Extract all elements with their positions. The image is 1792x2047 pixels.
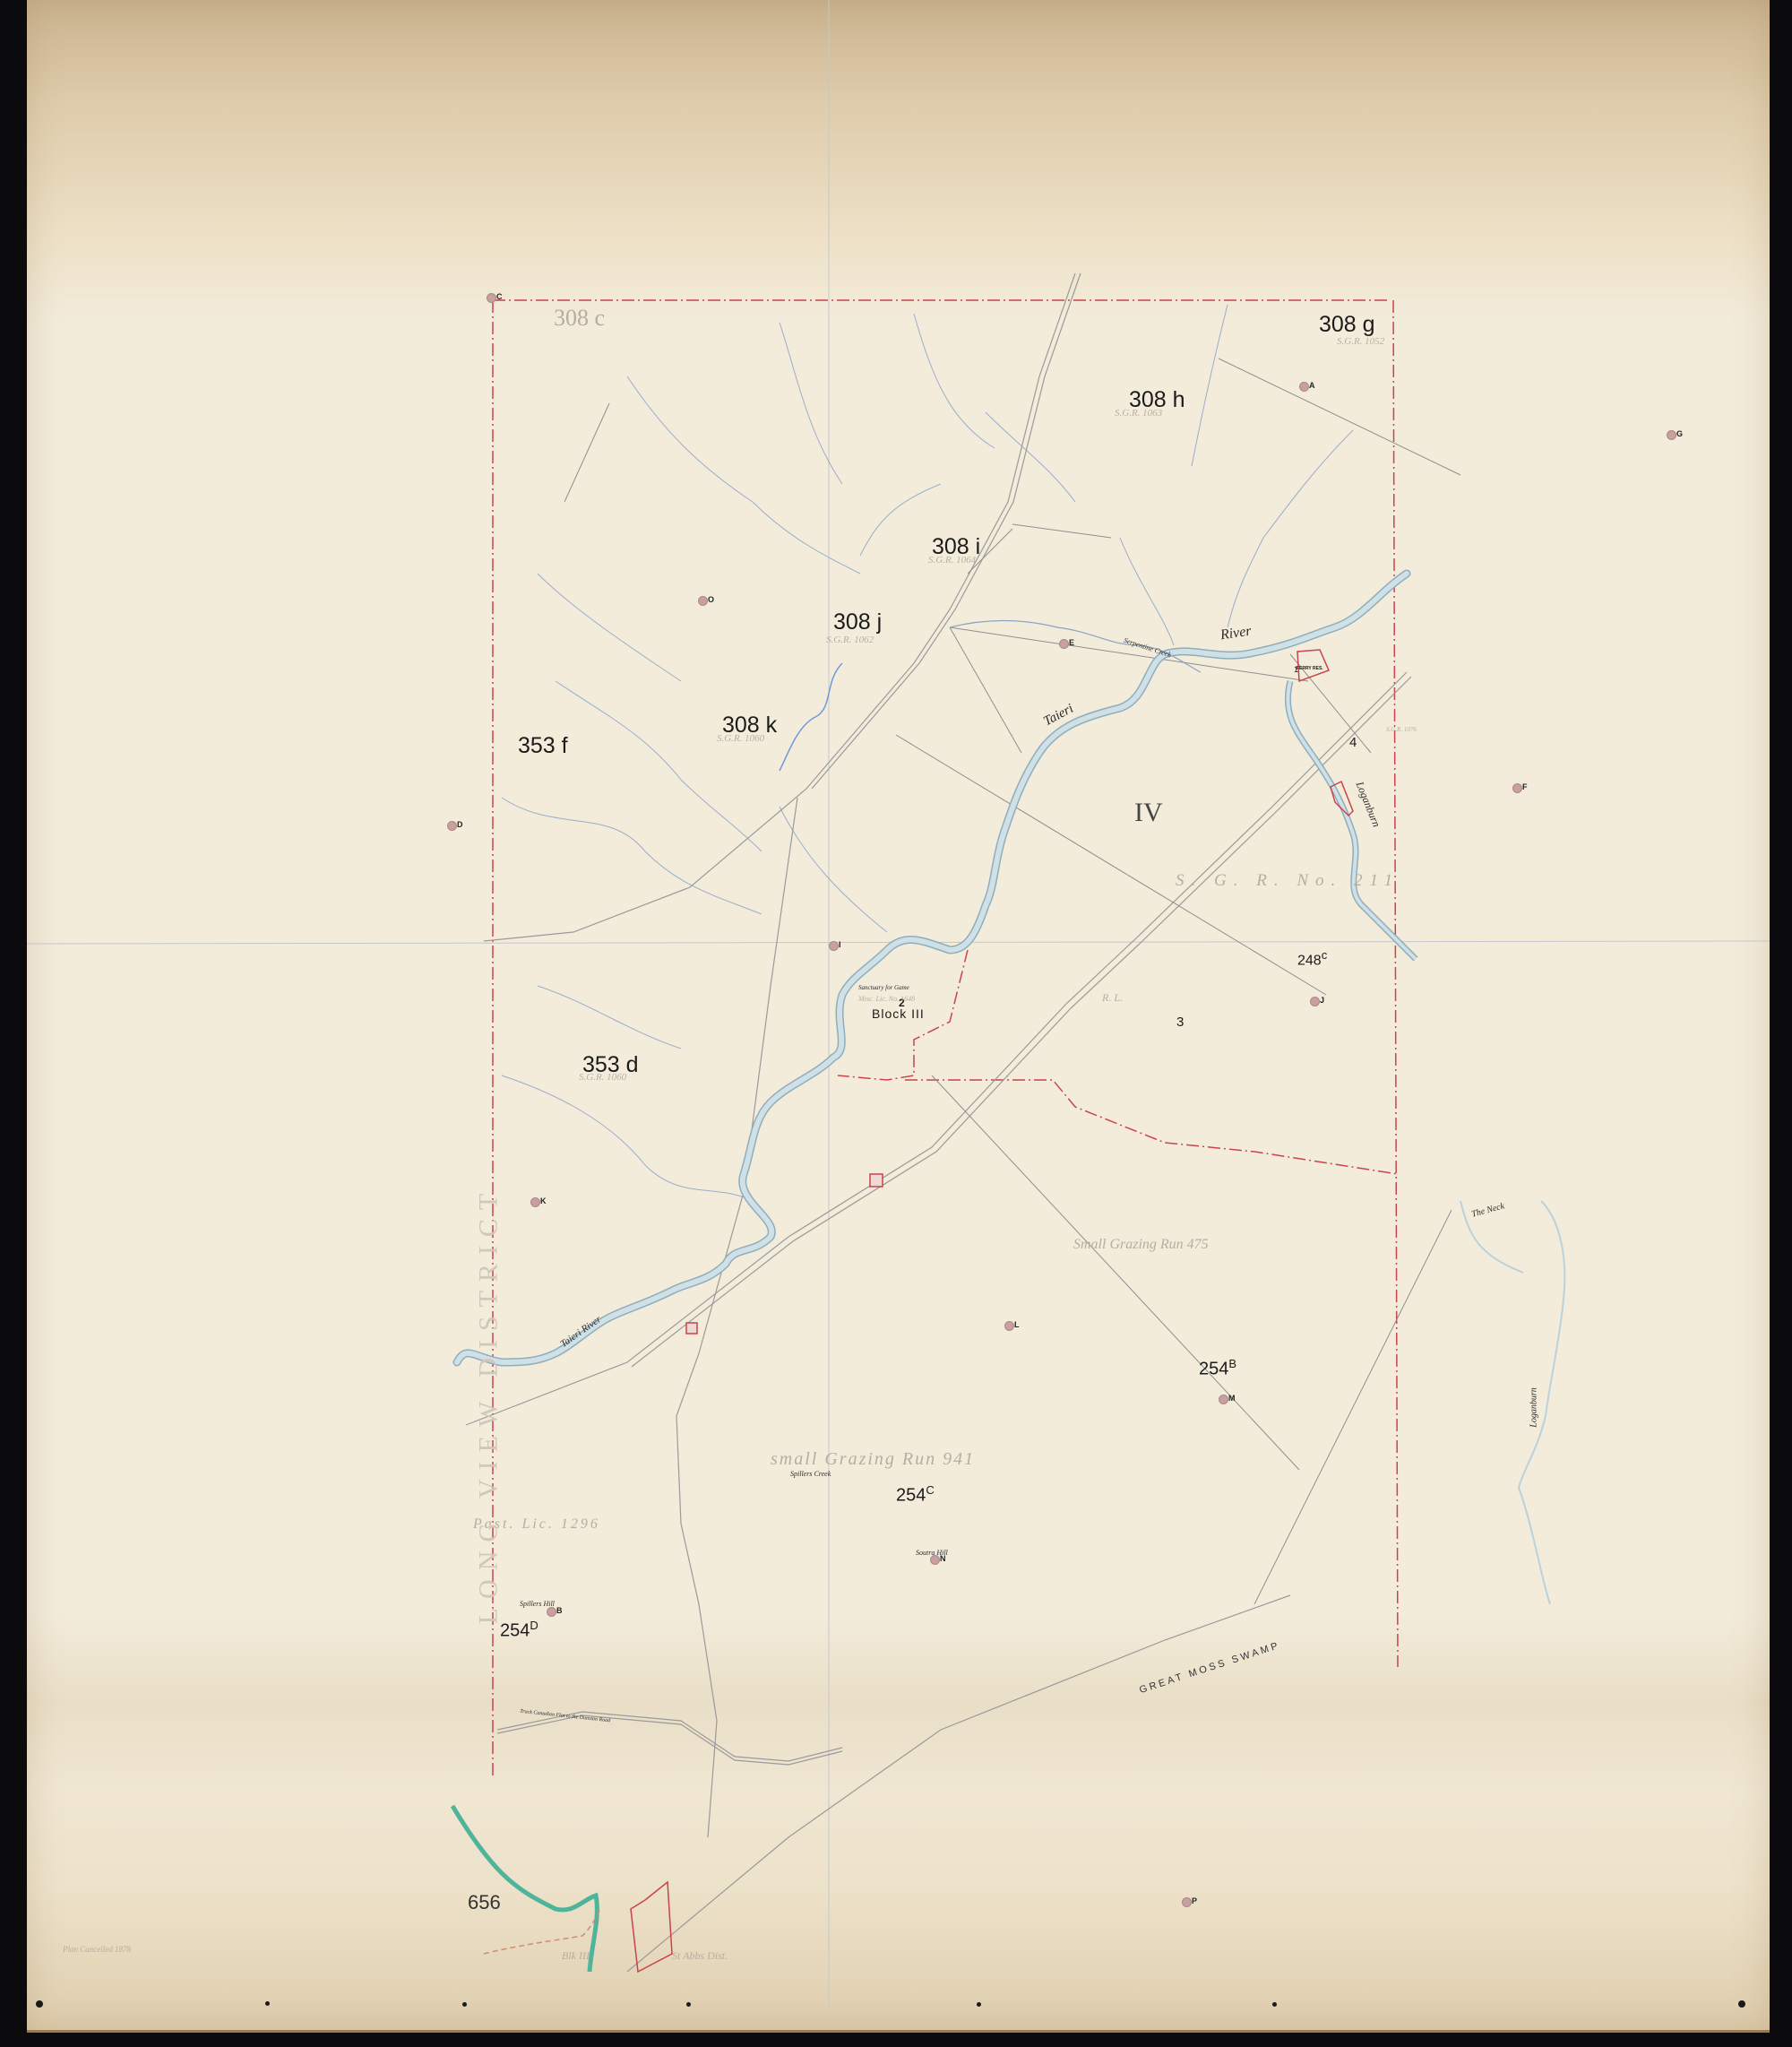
trig-station-icon: [930, 1555, 940, 1565]
trig-station-icon: [698, 596, 708, 606]
trig-label: A: [1309, 381, 1315, 390]
misc-lic-label: Misc. Lic. No. 1648: [858, 995, 915, 1003]
trig-label: E: [1069, 638, 1074, 647]
district-note: LONG VIEW DISTRICT: [473, 1185, 504, 1625]
sgr-308g: S.G.R. 1052: [1337, 336, 1384, 347]
mounting-pin-icon: [686, 2002, 691, 2007]
trig-station-icon: [1512, 783, 1522, 793]
section-label-254d: 254D: [500, 1619, 538, 1642]
trig-station-icon: [487, 293, 496, 303]
spillers-creek-label: Spillers Creek: [790, 1470, 831, 1478]
trig-label: K: [540, 1196, 547, 1205]
sgr-308i: S.G.R. 1064: [928, 555, 976, 566]
number-4: 4: [1349, 735, 1357, 750]
section-label-308g: 308 g: [1319, 312, 1375, 338]
trig-station-icon: [447, 821, 457, 831]
sgr-1076-note: S.G.R. 1076: [1386, 726, 1417, 733]
section-label-308c: 308 c: [554, 305, 605, 332]
taieri-river: [457, 574, 1407, 1362]
block-iii-label: Block III: [872, 1006, 925, 1021]
trig-label: G: [1676, 429, 1683, 438]
trig-station-icon: [1667, 430, 1676, 440]
small-grazing-475-note: Small Grazing Run 475: [1073, 1237, 1209, 1253]
section-label-248c: 248c: [1297, 948, 1327, 969]
trig-label: N: [940, 1554, 946, 1563]
st-abbs-note: St Abbs Dist.: [672, 1949, 728, 1963]
trig-label: I: [839, 940, 841, 949]
mounting-pin-icon: [265, 2001, 270, 2006]
ferry-reserve-label: FERRY RES.: [1297, 666, 1323, 671]
mounting-pin-icon: [1272, 2002, 1277, 2007]
loganburn-label-lower: Loganburn: [1529, 1387, 1539, 1427]
section-label-254c: 254C: [896, 1483, 935, 1507]
green-river: [452, 1806, 597, 1972]
mounting-pin-icon: [462, 2002, 467, 2007]
trig-label: C: [496, 292, 503, 301]
sgr-353d: S.G.R. 1060: [579, 1072, 626, 1083]
trig-label: M: [1228, 1394, 1236, 1403]
corner-note: Plan Cancelled 1878: [63, 1945, 131, 1954]
trig-label: J: [1320, 996, 1324, 1005]
mounting-pin-icon: [1738, 2000, 1745, 2008]
trig-label: O: [708, 595, 714, 604]
sgr-308j: S.G.R. 1062: [826, 635, 874, 645]
small-grazing-941-note: small Grazing Run 941: [771, 1449, 975, 1470]
trig-station-icon: [1299, 382, 1309, 392]
section-label-353f: 353 f: [518, 733, 568, 759]
trig-station-icon: [1219, 1395, 1228, 1404]
trig-label: D: [457, 820, 463, 829]
section-label-308j: 308 j: [833, 609, 882, 635]
sgr-308h: S.G.R. 1063: [1115, 408, 1162, 419]
blk-iii-note: Blk III: [562, 1949, 590, 1963]
trig-station-icon: [1310, 997, 1320, 1006]
trig-label: F: [1522, 782, 1528, 791]
trig-station-icon: [547, 1607, 556, 1617]
block-numeral-iv: IV: [1134, 798, 1163, 828]
rl-note: R. L.: [1102, 991, 1123, 1005]
trig-label: L: [1014, 1320, 1020, 1329]
trig-label: B: [556, 1606, 563, 1615]
number-3: 3: [1176, 1015, 1184, 1030]
section-label-254b: 254B: [1199, 1357, 1236, 1380]
trig-station-icon: [530, 1197, 540, 1207]
trig-station-icon: [829, 941, 839, 951]
sanctuary-label: Sanctuary for Game: [858, 984, 909, 991]
sgr-211-note: S. G. R. No. 211: [1176, 871, 1400, 891]
mounting-pin-icon: [36, 2000, 43, 2008]
trig-station-icon: [1059, 639, 1069, 649]
mounting-pin-icon: [977, 2002, 981, 2007]
trig-station-icon: [1182, 1897, 1192, 1907]
sgr-308k: S.G.R. 1060: [717, 733, 764, 744]
map-linework: [0, 0, 1792, 2047]
trig-station-icon: [1004, 1321, 1014, 1331]
trig-label: P: [1192, 1896, 1197, 1905]
section-label-656: 656: [468, 1891, 501, 1914]
